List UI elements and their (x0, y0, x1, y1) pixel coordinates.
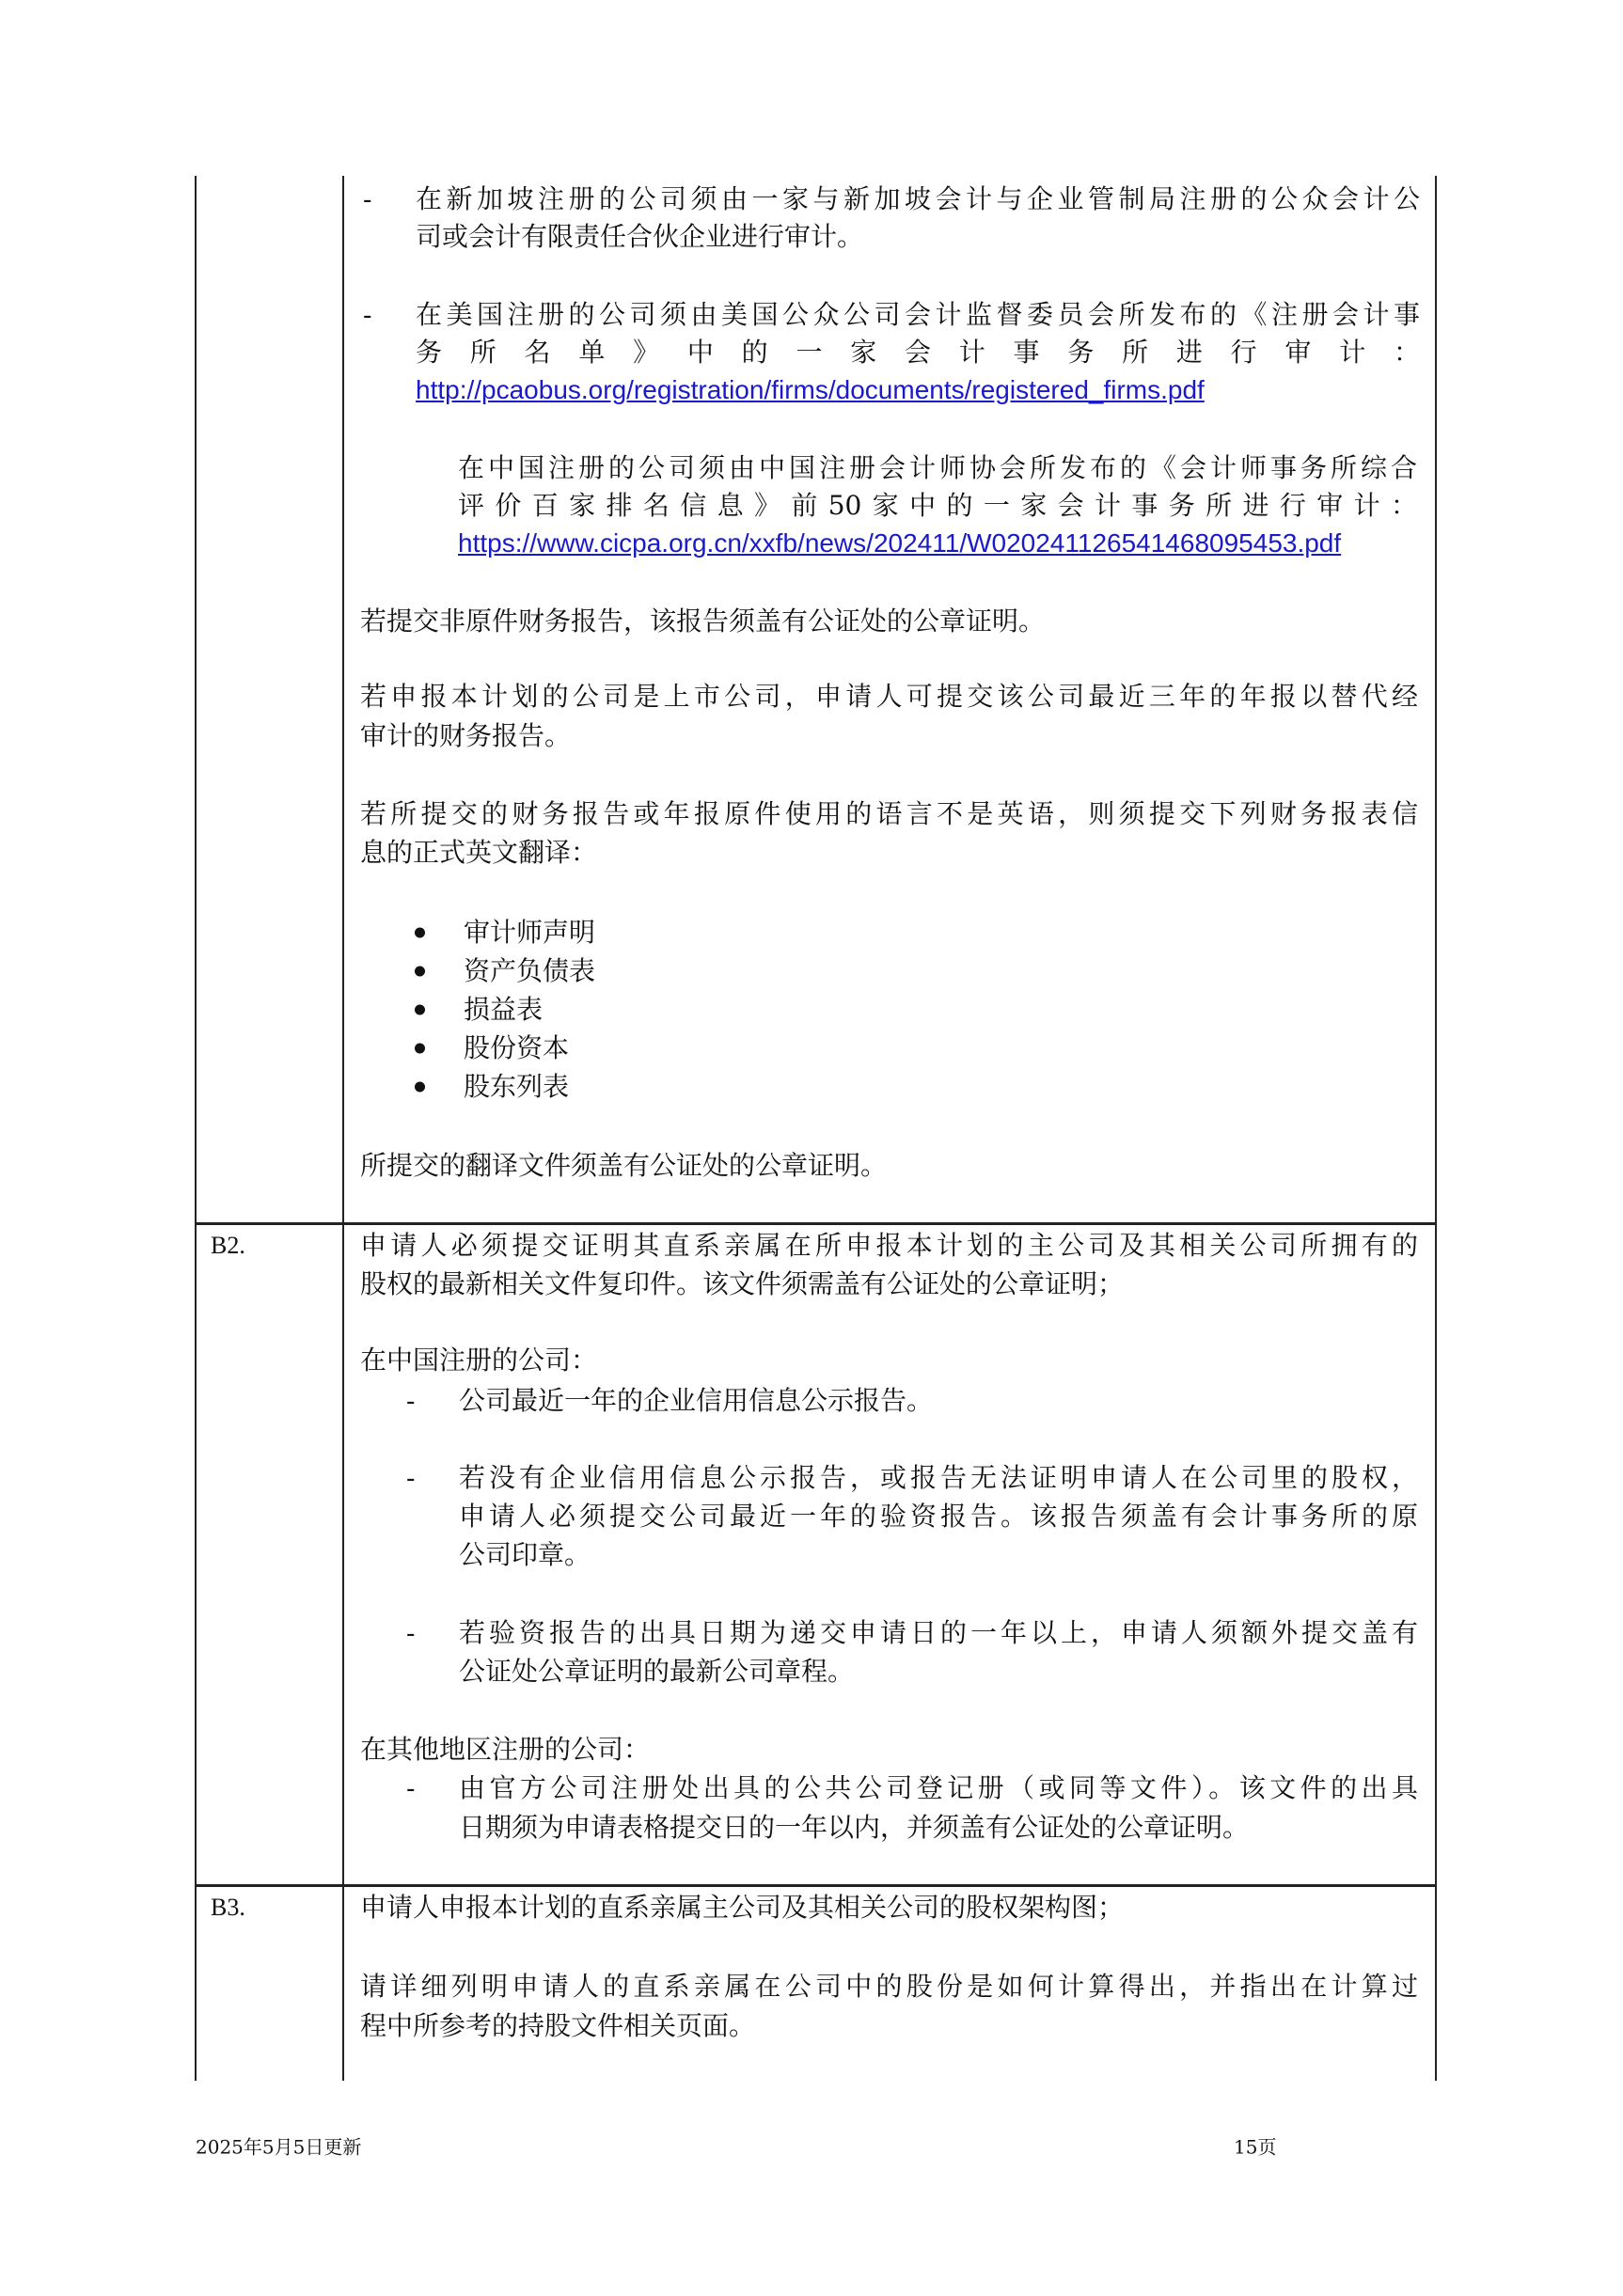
row-divider-b2 (195, 1222, 1437, 1225)
language-line-2: 息的正式英文翻译： (360, 834, 597, 872)
other-regions-heading: 在其他地区注册的公司： (360, 1731, 650, 1769)
capital-verification-line-2: 申请人必须提交公司最近一年的验资报告。该报告须盖有会计事务所的原 (459, 1498, 1418, 1535)
translation-notarization-paragraph: 所提交的翻译文件须盖有公证处的公章证明。 (360, 1147, 887, 1185)
list-item-label: 审计师声明 (464, 914, 595, 951)
list-item-label: 资产负债表 (464, 952, 595, 990)
b3-calculation-line-1: 请详细列明申请人的直系亲属在公司中的股份是如何计算得出，并指出在计算过 (360, 1968, 1418, 2005)
cicpa-ranking-link[interactable]: https://www.cicpa.org.cn/xxfb/news/20241… (458, 525, 1341, 562)
singapore-audit-line-2: 司或会计有限责任合伙企业进行审计。 (416, 218, 863, 256)
row-label-b3: B3. (211, 1889, 245, 1926)
dash-marker: - (363, 184, 371, 215)
row-label-b2: B2. (211, 1227, 245, 1265)
table-right-border (1435, 176, 1437, 2081)
bullet-icon (415, 1044, 425, 1054)
singapore-audit-line-1: 在新加坡注册的公司须由一家与新加坡会计与企业管制局注册的公众会计公 (416, 181, 1420, 218)
listed-company-line-2: 审计的财务报告。 (360, 717, 571, 755)
list-item-label: 股份资本 (464, 1030, 569, 1067)
b3-structure-chart-paragraph: 申请人申报本计划的直系亲属主公司及其相关公司的股权架构图； (360, 1889, 1124, 1926)
row-divider-b3 (195, 1884, 1437, 1887)
bullet-icon (415, 967, 425, 977)
language-line-1: 若所提交的财务报告或年报原件使用的语言不是英语，则须提交下列财务报表信 (360, 795, 1418, 833)
us-audit-line-1: 在美国注册的公司须由美国公众公司会计监督委员会所发布的《注册会计事 (416, 296, 1420, 334)
pcaob-registered-firms-link[interactable]: http://pcaobus.org/registration/firms/do… (416, 371, 1205, 409)
b2-intro-line-1: 申请人必须提交证明其直系亲属在所申报本计划的主公司及其相关公司所拥有的 (360, 1227, 1418, 1265)
dash-marker: - (406, 1463, 415, 1494)
b3-calculation-line-2: 程中所参考的持股文件相关页面。 (360, 2007, 755, 2045)
us-audit-line-2: 务所名单》中的一家会计事务所进行审计： (416, 334, 1420, 371)
dash-marker: - (406, 1618, 415, 1649)
company-register-line-1: 由官方公司注册处出具的公共公司登记册（或同等文件）。该文件的出具 (459, 1769, 1418, 1807)
articles-association-line-2: 公证处公章证明的最新公司章程。 (459, 1653, 854, 1691)
listed-company-line-1: 若申报本计划的公司是上市公司，申请人可提交该公司最近三年的年报以替代经 (360, 678, 1418, 716)
footer-page-number: 15页 (1234, 2132, 1276, 2160)
capital-verification-line-3: 公司印章。 (459, 1536, 591, 1574)
dash-marker: - (363, 300, 371, 331)
company-register-line-2: 日期须为申请表格提交日的一年以内，并须盖有公证处的公章证明。 (459, 1809, 1249, 1847)
footer-updated-date: 2025年5月5日更新 (196, 2132, 361, 2160)
china-audit-line-2: 评价百家排名信息》前50家中的一家会计事务所进行审计： (458, 487, 1417, 525)
bullet-icon (415, 1005, 425, 1015)
articles-association-line-1: 若验资报告的出具日期为递交申请日的一年以上，申请人须额外提交盖有 (459, 1614, 1418, 1652)
credit-report-item: 公司最近一年的企业信用信息公示报告。 (459, 1382, 933, 1420)
dash-marker: - (406, 1773, 415, 1804)
table-column-divider (342, 176, 344, 2081)
dash-marker: - (406, 1386, 415, 1417)
china-audit-line-1: 在中国注册的公司须由中国注册会计师协会所发布的《会计师事务所综合 (458, 449, 1417, 487)
china-registered-heading: 在中国注册的公司： (360, 1342, 597, 1379)
list-item-label: 股东列表 (464, 1068, 569, 1106)
b2-intro-line-2: 股权的最新相关文件复印件。该文件须需盖有公证处的公章证明； (360, 1266, 1124, 1303)
bullet-icon (415, 1082, 425, 1093)
table-left-border (195, 176, 197, 2081)
non-original-report-paragraph: 若提交非原件财务报告，该报告须盖有公证处的公章证明。 (360, 603, 1045, 640)
list-item-label: 损益表 (464, 991, 543, 1029)
bullet-icon (415, 928, 425, 938)
capital-verification-line-1: 若没有企业信用信息公示报告，或报告无法证明申请人在公司里的股权， (459, 1459, 1418, 1497)
